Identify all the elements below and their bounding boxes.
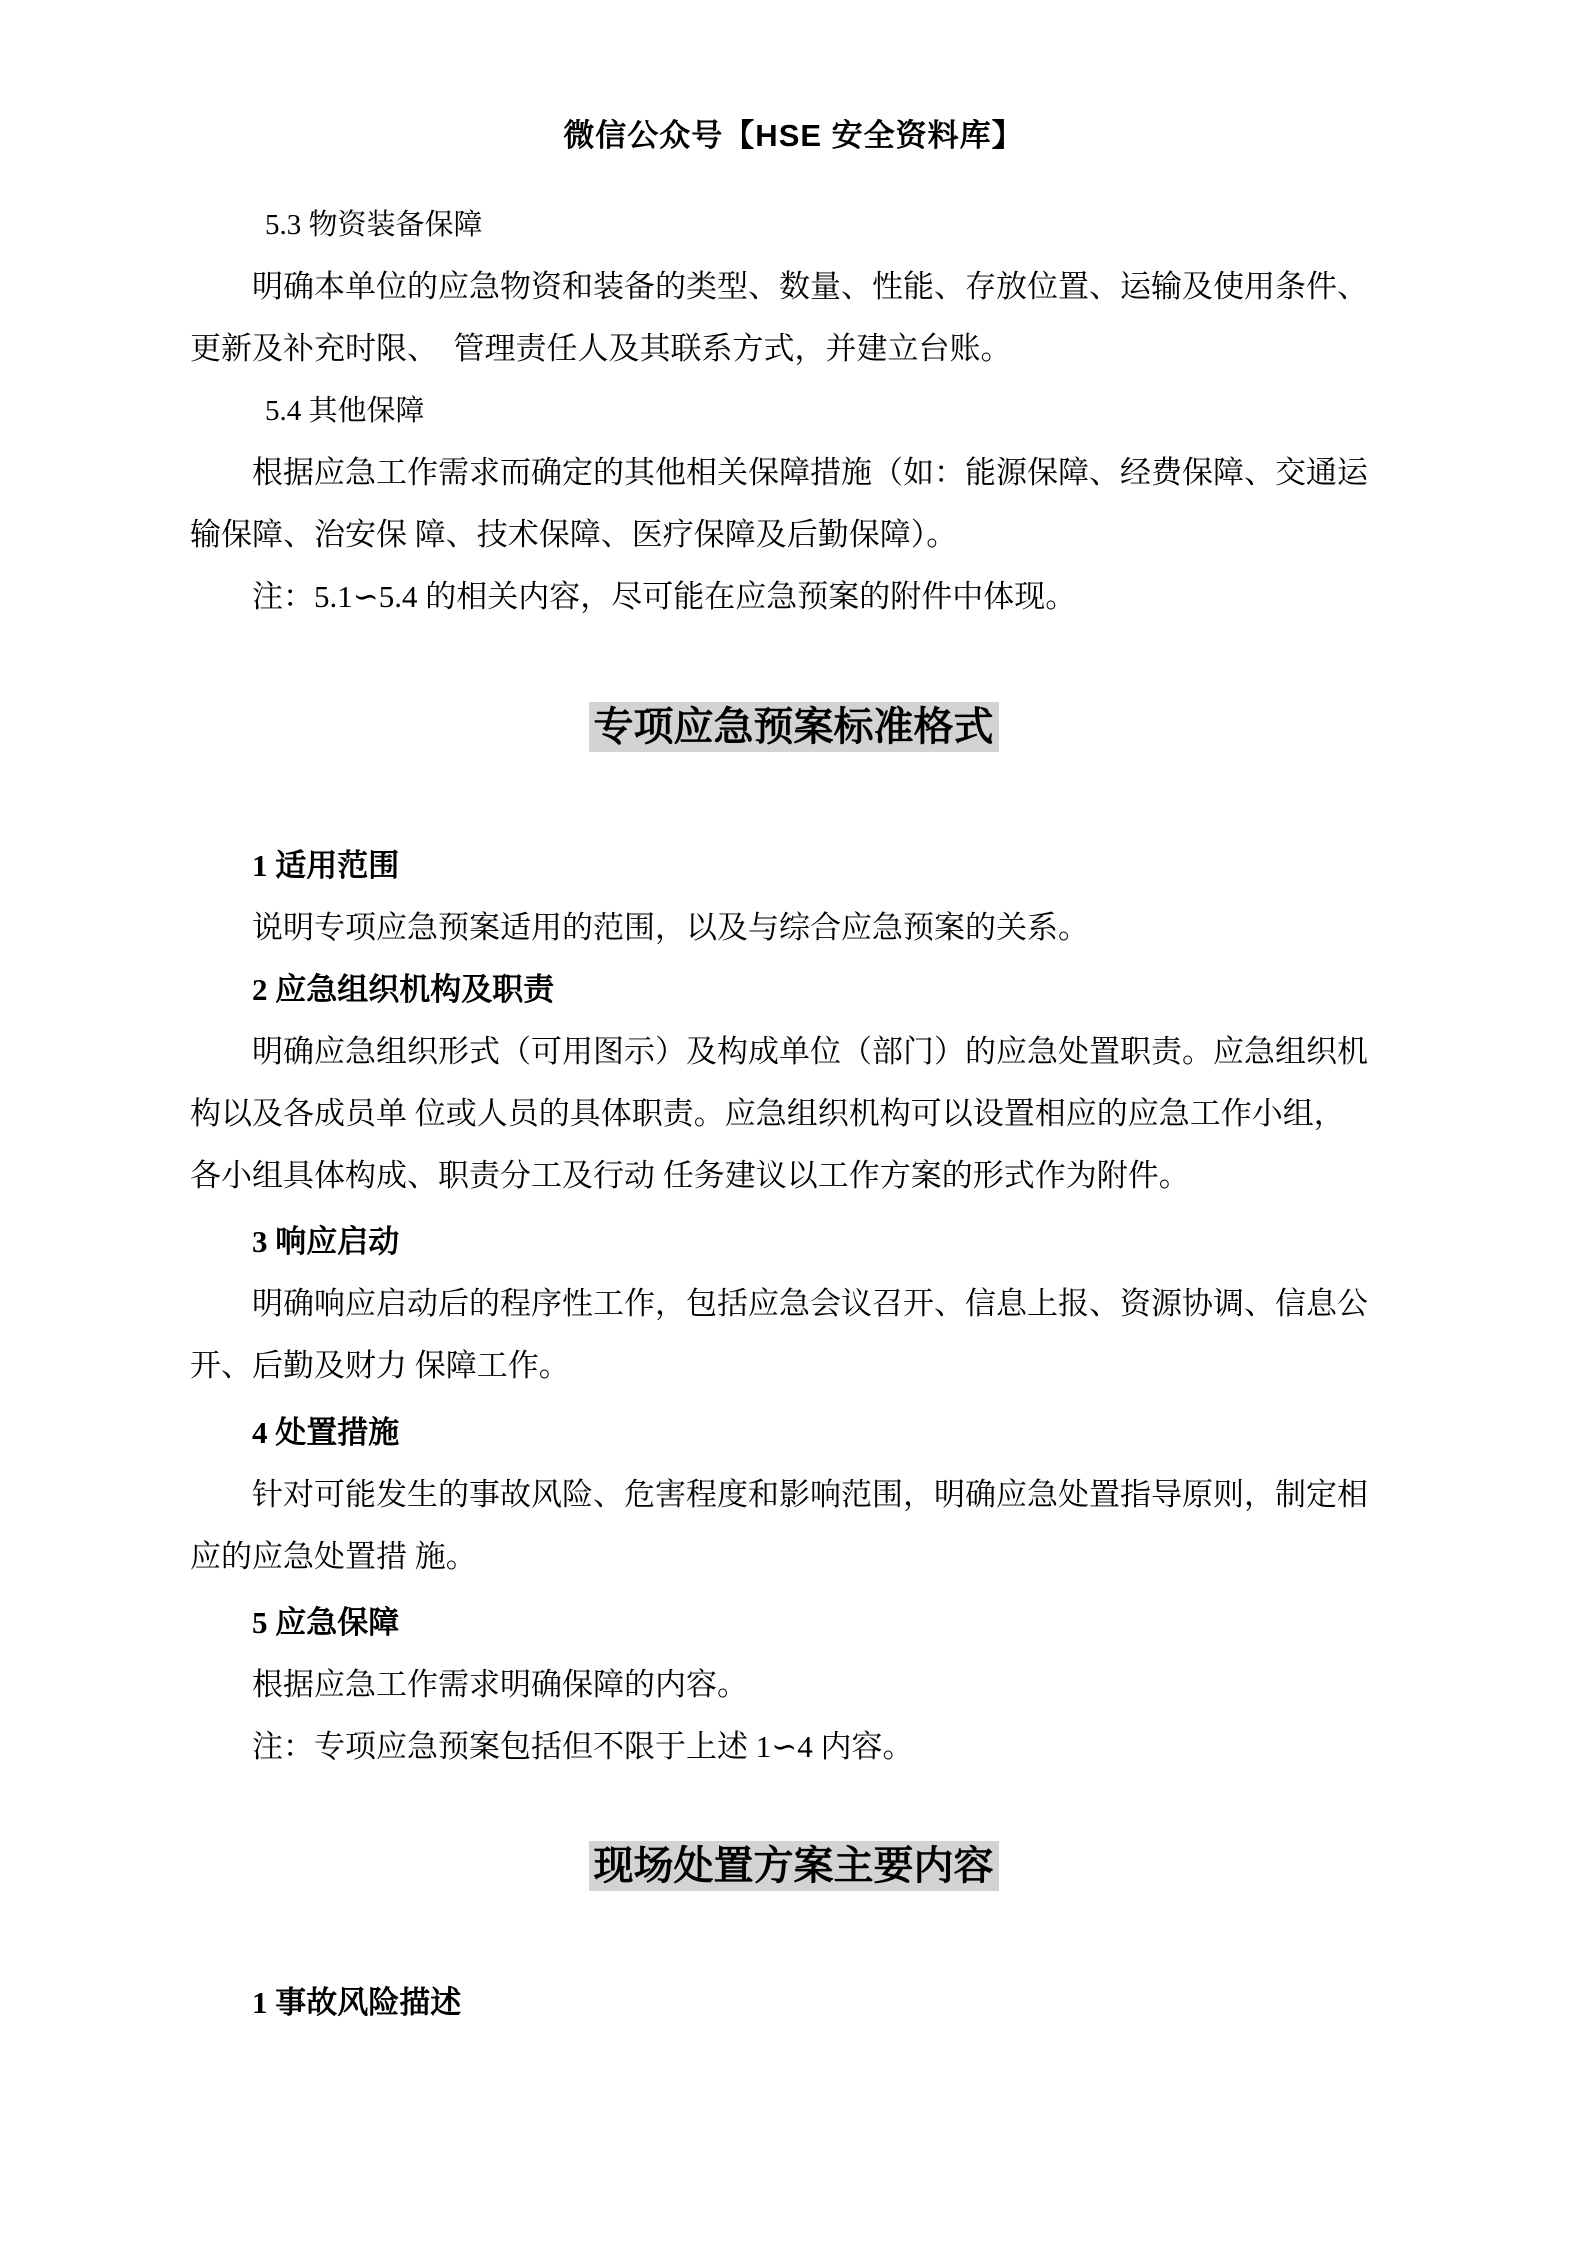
heading-3-response: 3 响应启动 bbox=[190, 1211, 1397, 1273]
para-measures-line-1: 针对可能发生的事故风险、危害程度和影响范围，明确应急处置指导原则，制定相 bbox=[190, 1464, 1397, 1526]
section-title-special-plan: 专项应急预案标准格式 bbox=[190, 702, 1397, 755]
heading-1-scope: 1 适用范围 bbox=[190, 835, 1397, 897]
para-org-line-3: 各小组具体构成、职责分工及行动 任务建议以工作方案的形式作为附件。 bbox=[190, 1145, 1397, 1207]
para-measures-line-2: 应的应急处置措 施。 bbox=[190, 1526, 1397, 1588]
heading-1-risk: 1 事故风险描述 bbox=[190, 1972, 1397, 2034]
para-response-line-1: 明确响应启动后的程序性工作，包括应急会议召开、信息上报、资源协调、信息公 bbox=[190, 1273, 1397, 1335]
document-page: 微信公众号【HSE 安全资料库】 5.3 物资装备保障明确本单位的应急物资和装备… bbox=[0, 0, 1587, 2245]
section-title-onsite-plan: 现场处置方案主要内容 bbox=[190, 1841, 1397, 1894]
para-org-line-1: 明确应急组织形式（可用图示）及构成单位（部门）的应急处置职责。应急组织机 bbox=[190, 1021, 1397, 1083]
note-5-1-to-5-4: 注：5.1∽5.4 的相关内容，尽可能在应急预案的附件中体现。 bbox=[190, 566, 1397, 628]
para-support: 根据应急工作需求明确保障的内容。 bbox=[190, 1654, 1397, 1716]
document-body: 5.3 物资装备保障明确本单位的应急物资和装备的类型、数量、性能、存放位置、运输… bbox=[0, 194, 1587, 2034]
para-supplies-line-2: 更新及补充时限、 管理责任人及其联系方式，并建立台账。 bbox=[190, 318, 1397, 380]
heading-2-org: 2 应急组织机构及职责 bbox=[190, 959, 1397, 1021]
heading-5-support: 5 应急保障 bbox=[190, 1592, 1397, 1654]
section-title-onsite-plan-highlight: 现场处置方案主要内容 bbox=[589, 1841, 999, 1891]
heading-5-3: 5.3 物资装备保障 bbox=[190, 194, 1397, 256]
heading-5-4: 5.4 其他保障 bbox=[190, 380, 1397, 442]
heading-4-measures: 4 处置措施 bbox=[190, 1402, 1397, 1464]
page-header: 微信公众号【HSE 安全资料库】 bbox=[0, 0, 1587, 156]
section-title-special-plan-highlight: 专项应急预案标准格式 bbox=[589, 702, 999, 752]
para-supplies-line-1: 明确本单位的应急物资和装备的类型、数量、性能、存放位置、运输及使用条件、 bbox=[190, 256, 1397, 318]
para-response-line-2: 开、后勤及财力 保障工作。 bbox=[190, 1335, 1397, 1397]
para-org-line-2: 构以及各成员单 位或人员的具体职责。应急组织机构可以设置相应的应急工作小组， bbox=[190, 1083, 1397, 1145]
note-1-to-4: 注：专项应急预案包括但不限于上述 1∽4 内容。 bbox=[190, 1716, 1397, 1778]
para-scope: 说明专项应急预案适用的范围，以及与综合应急预案的关系。 bbox=[190, 897, 1397, 959]
para-other-support-line-2: 输保障、治安保 障、技术保障、医疗保障及后勤保障）。 bbox=[190, 504, 1397, 566]
para-other-support-line-1: 根据应急工作需求而确定的其他相关保障措施（如：能源保障、经费保障、交通运 bbox=[190, 442, 1397, 504]
